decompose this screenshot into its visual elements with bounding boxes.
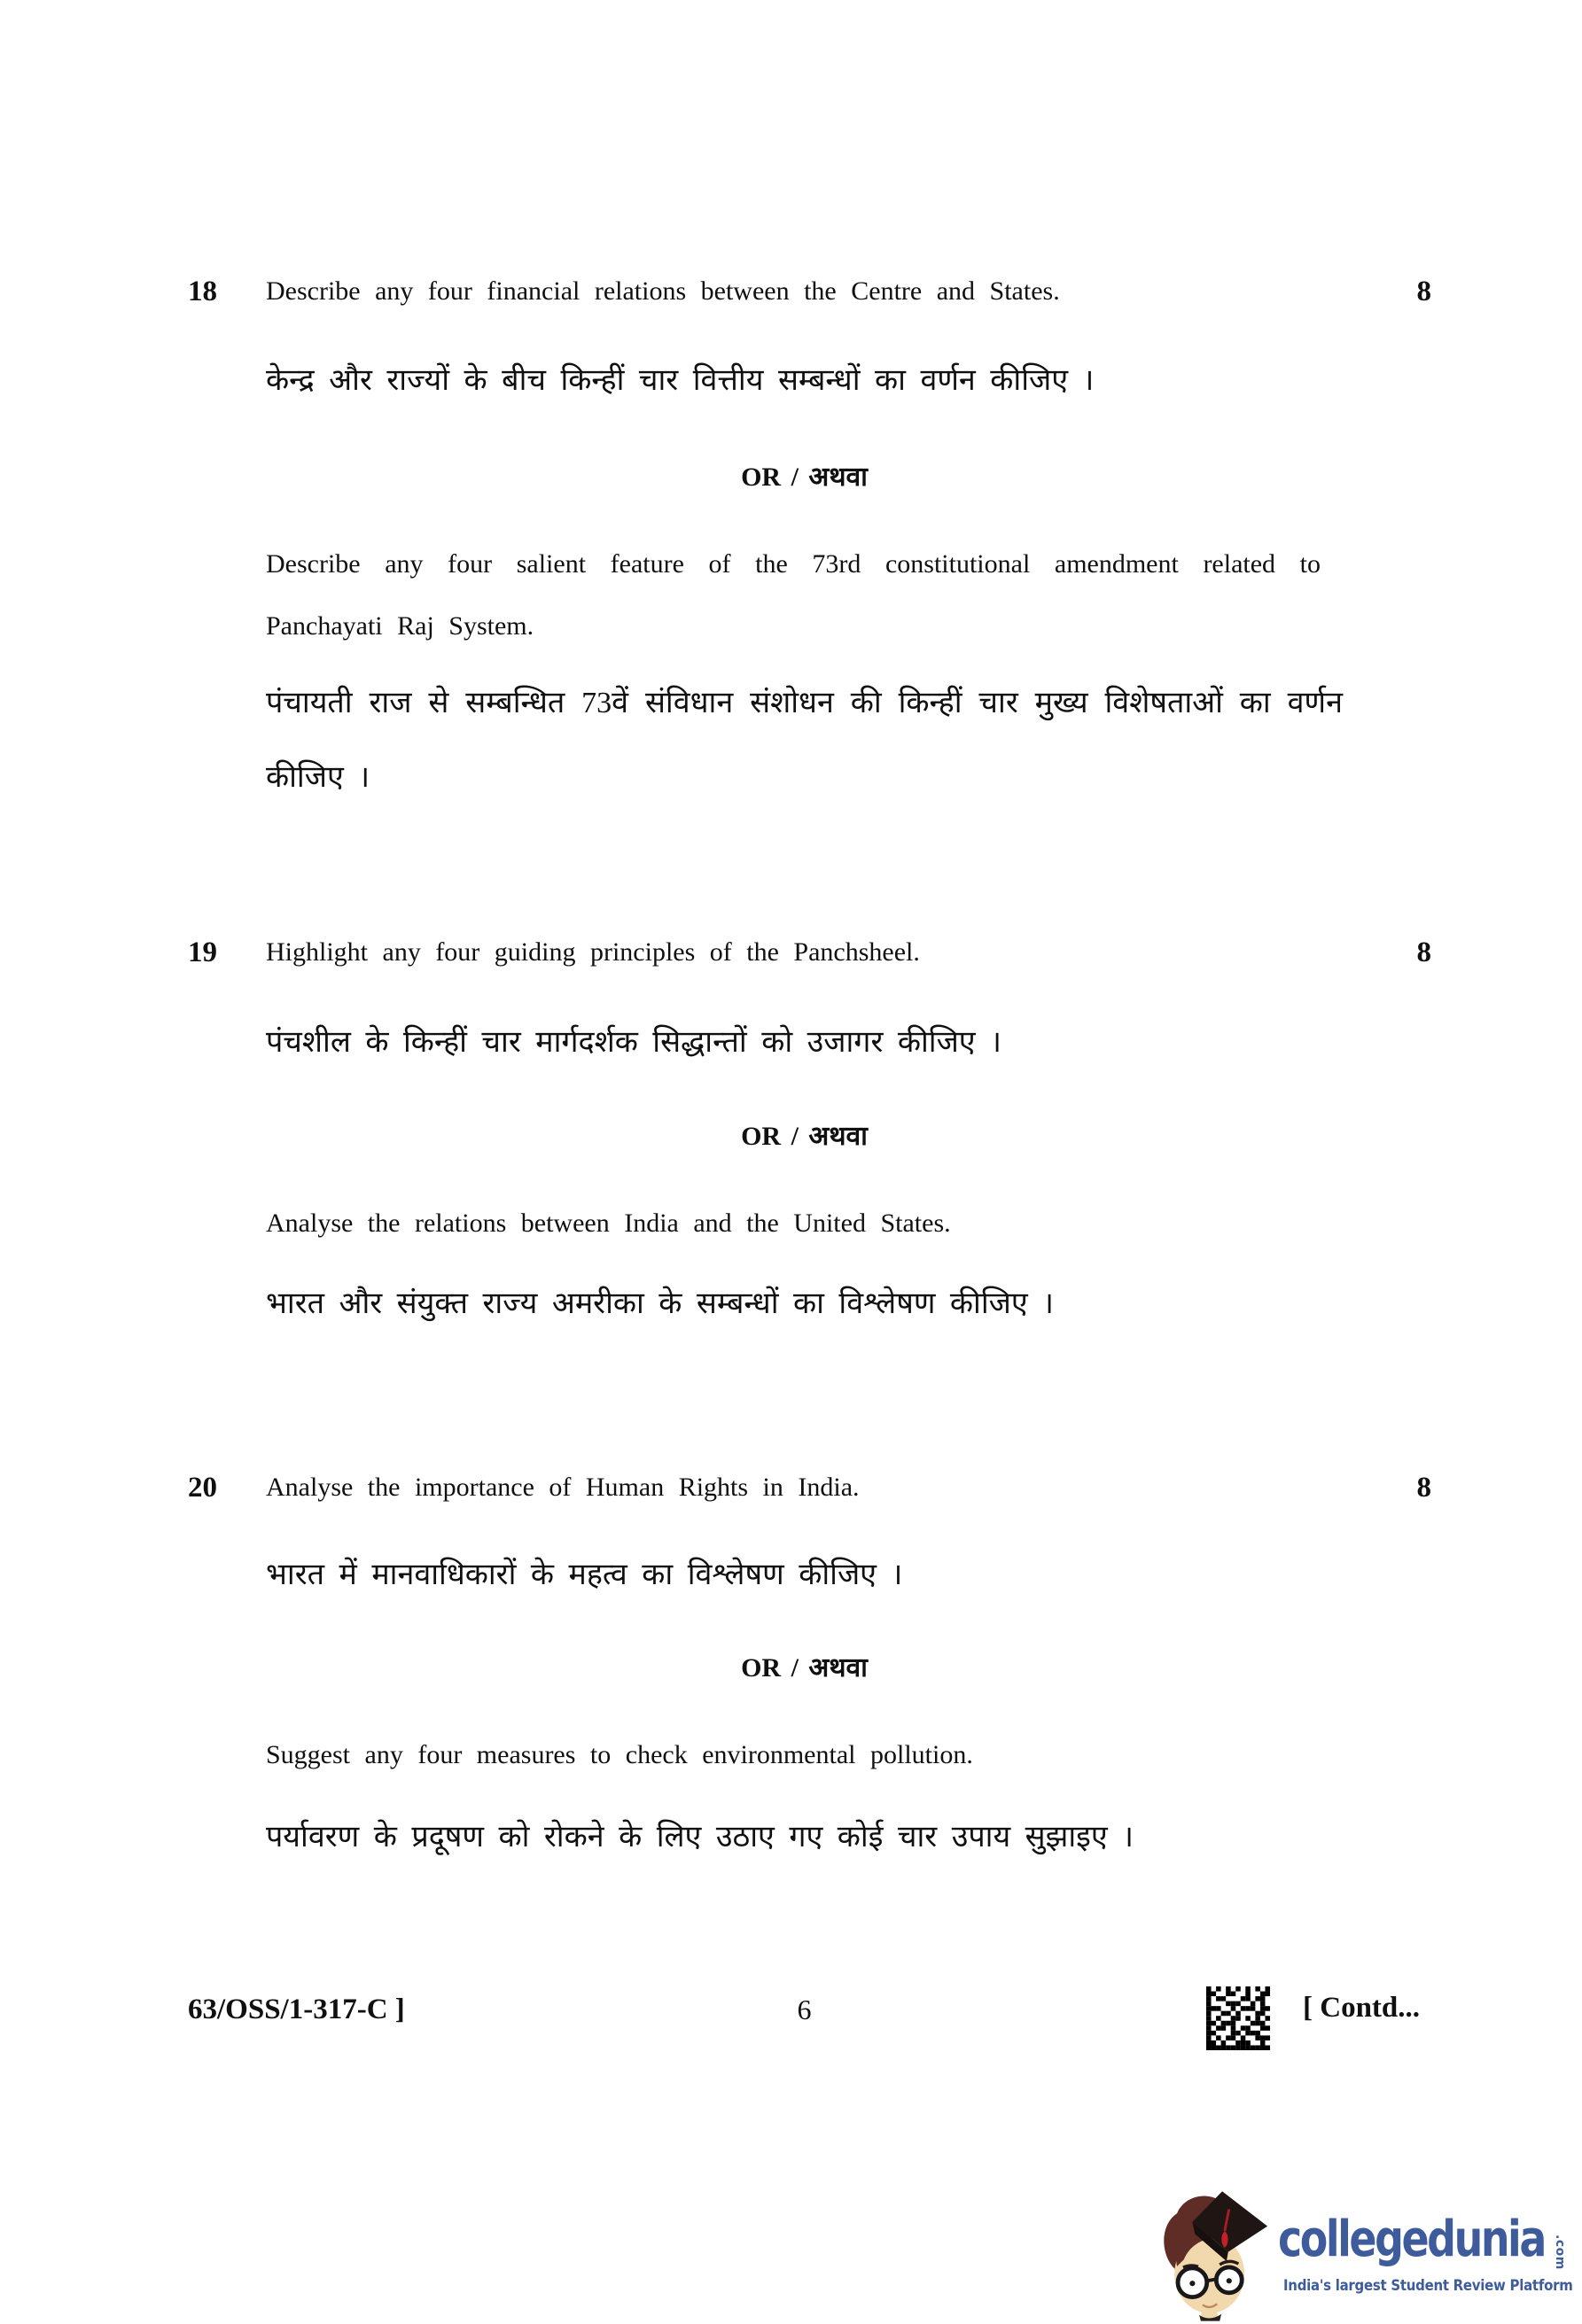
alt-question-hindi: पर्यावरण के प्रदूषण को रोकने के लिए उठाए… <box>266 1818 1343 1857</box>
collegedunia-logo: collegedunia .com India's largest Studen… <box>1152 2180 1582 2324</box>
question-text-hindi: केन्द्र और राज्यों के बीच किन्हीं चार वि… <box>266 361 1365 400</box>
alt-question-en: Analyse the relations between India and … <box>266 1207 1321 1240</box>
or-separator: OR / अथवा <box>266 1116 1343 1153</box>
alt-question-en: Describe any four salient feature of the… <box>266 533 1321 657</box>
brand-tagline: India's largest Student Review Platform <box>1283 2277 1573 2295</box>
question-row-18: 18 Describe any four financial relations… <box>188 275 1431 308</box>
question-marks: 8 <box>1417 936 1432 971</box>
datamatrix-barcode-icon <box>1206 1986 1270 2050</box>
question-row-19: 19 Highlight any four guiding principles… <box>188 936 1431 969</box>
or-separator: OR / अथवा <box>266 457 1343 494</box>
question-marks: 8 <box>1417 1471 1432 1506</box>
alt-question-hindi: पंचायती राज से सम्बन्धित 73वें संविधान स… <box>266 666 1343 815</box>
footer-contd: [ Contd... <box>1303 1992 1420 2025</box>
exam-question-paper-page: 18 Describe any four financial relations… <box>0 0 1582 2324</box>
or-separator: OR / अथवा <box>266 1648 1343 1684</box>
question-number: 20 <box>188 1471 217 1506</box>
question-number: 18 <box>188 275 217 310</box>
brand-text: collegedunia <box>1278 2215 1545 2265</box>
question-number: 19 <box>188 936 217 971</box>
question-text-hindi: पंचशील के किन्हीं चार मार्गदर्शक सिद्धान… <box>266 1023 1365 1062</box>
question-text-en: Analyse the importance of Human Rights i… <box>266 1471 1334 1504</box>
question-row-20: 20 Analyse the importance of Human Right… <box>188 1471 1431 1504</box>
student-mascot-icon <box>1155 2185 1270 2322</box>
alt-question-en: Suggest any four measures to check envir… <box>266 1738 1321 1772</box>
brand-tld: .com <box>1553 2235 1567 2270</box>
question-text-hindi: भारत में मानवाधिकारों के महत्व का विश्ले… <box>266 1556 1365 1595</box>
alt-question-hindi: भारत और संयुक्त राज्य अमरीका के सम्बन्धो… <box>266 1285 1343 1324</box>
question-marks: 8 <box>1417 275 1432 310</box>
question-text-en: Highlight any four guiding principles of… <box>266 936 1334 969</box>
question-text-en: Describe any four financial relations be… <box>266 275 1334 308</box>
footer-page-number: 6 <box>266 1994 1343 2026</box>
